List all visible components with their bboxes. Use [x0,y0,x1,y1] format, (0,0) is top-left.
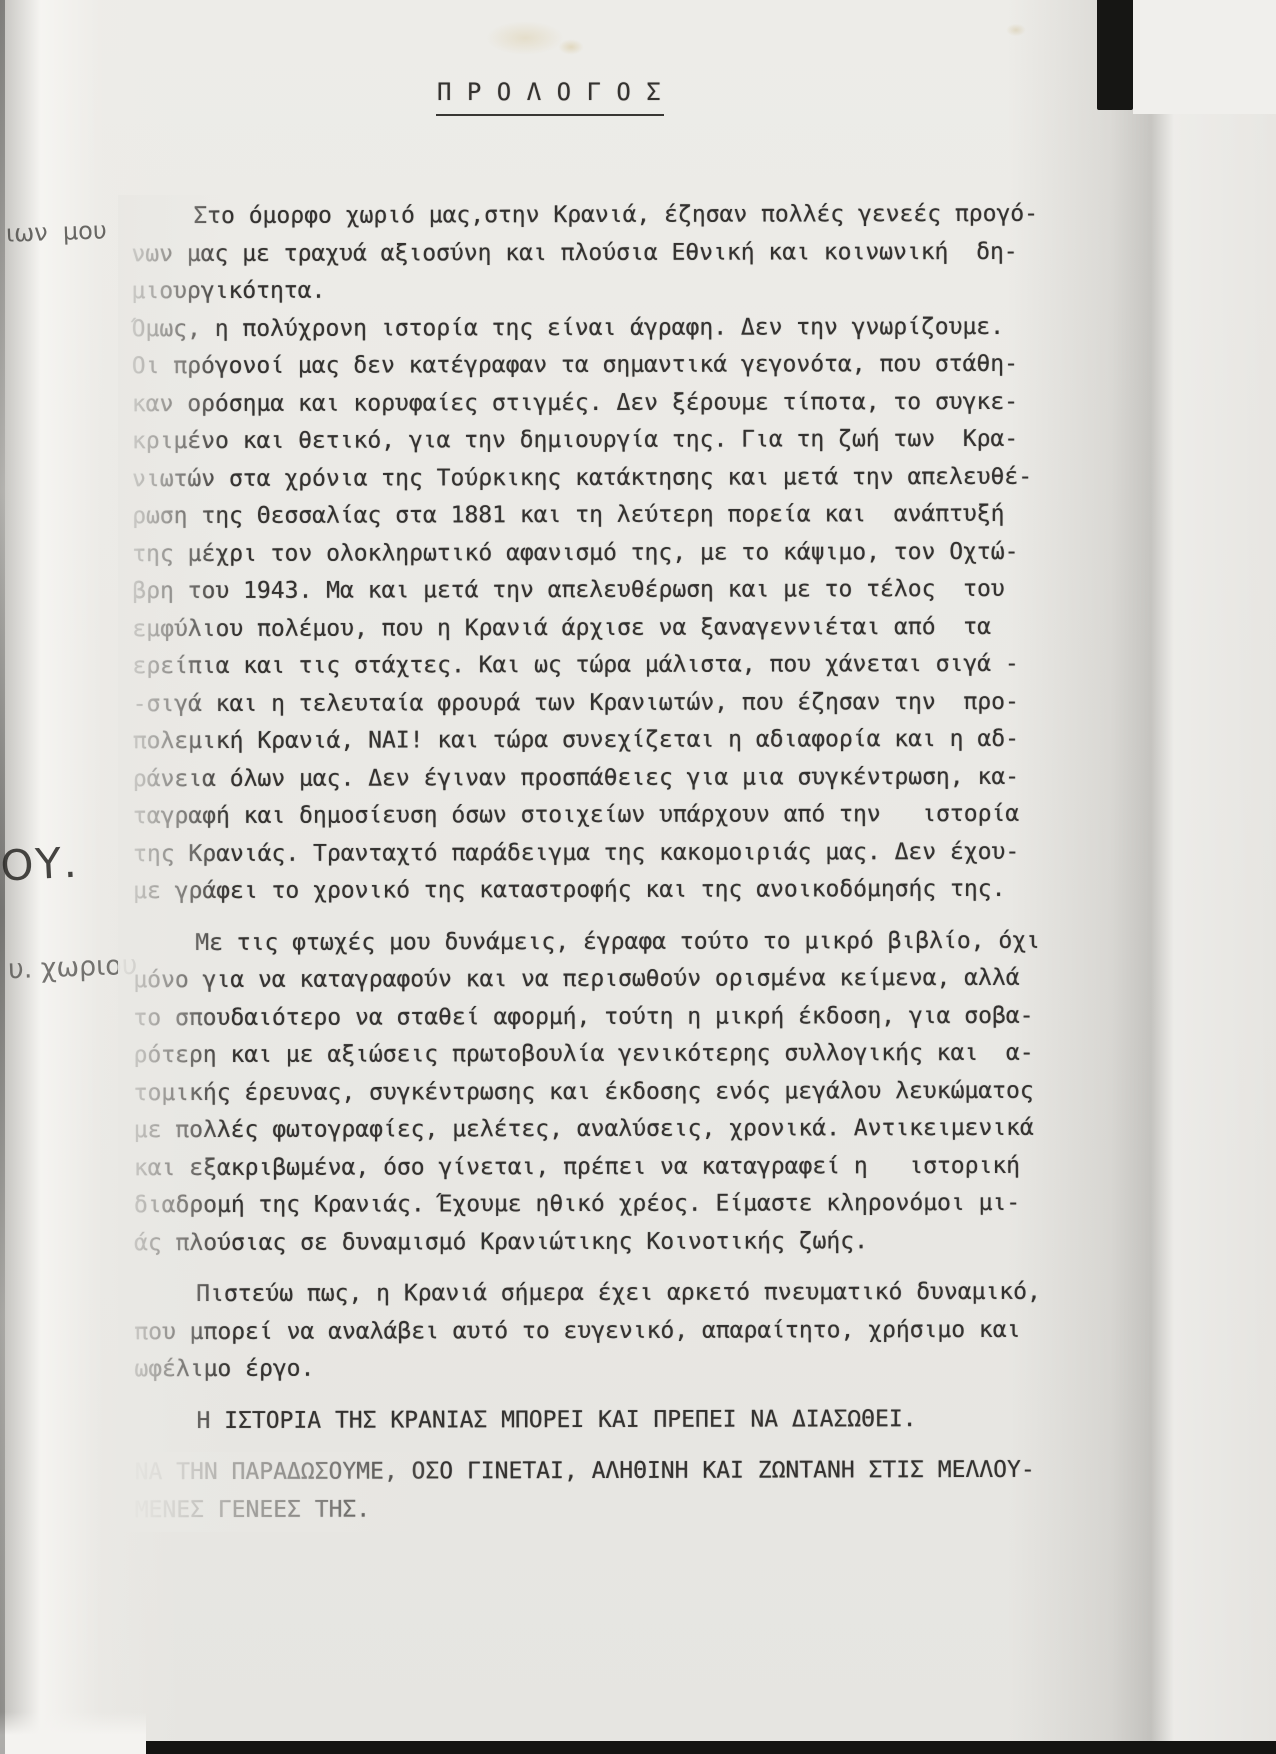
scan-edge-bar-top-right [1097,0,1133,110]
text-line: ταγραφή και δημοσίευση όσων στοιχείων υπ… [133,796,1048,836]
paragraph: Στο όμορφο χωριό μας,στην Κρανιά, έζησαν… [131,196,1048,911]
text-line: ερείπια και τις στάχτες. Και ως τώρα μάλ… [132,646,1047,686]
scanned-page: ιων μου ΙΟΥ. υ. χωριου Π Ρ Ο Λ Ο Γ Ο Σ Σ… [0,0,1276,1754]
text-line: ρότερη και με αξιώσεις πρωτοβουλία γενικ… [133,1035,1048,1075]
scan-corner-bottom-left [0,1712,146,1754]
text-line: διαδρομή της Κρανιάς. Έχουμε ηθικό χρέος… [134,1185,1049,1225]
text-line: καν ορόσημα και κορυφαίες στιγμές. Δεν ξ… [132,383,1047,423]
text-line: Στο όμορφο χωριό μας,στην Κρανιά, έζησαν… [131,196,1046,236]
text-line: μιουργικότητα. [131,271,1046,311]
paragraph: Πιστεύω πως, η Κρανιά σήμερα έχει αρκετό… [134,1274,1049,1389]
paragraph: Με τις φτωχές μου δυνάμεις, έγραφα τούτο… [133,922,1049,1262]
bleedthrough-text-top: ιων μου [6,216,108,247]
text-line: της μέχρι τον ολοκληρωτικό αφανισμό της,… [132,533,1047,573]
text-line: με πολλές φωτογραφίες, μελέτες, αναλύσει… [134,1110,1049,1150]
text-line: τομικής έρευνας, συγκέντρωσης και έκδοση… [134,1072,1049,1112]
text-line: που μπορεί να αναλάβει αυτό το ευγενικό,… [134,1311,1049,1351]
scan-edge-bar-bottom [146,1741,1276,1754]
text-line: μόνο για να καταγραφούν και να περισωθού… [133,960,1048,1000]
text-line: Όμως, η πολύχρονη ιστορία της είναι άγρα… [132,308,1047,348]
page-title: Π Ρ Ο Λ Ο Γ Ο Σ [436,78,664,116]
text-line: Οι πρόγονοί μας δεν κατέγραφαν τα σημαντ… [132,346,1047,386]
text-line: νων μας με τραχυά αξιοσύνη και πλούσια Ε… [131,233,1046,273]
paragraph: Η ΙΣΤΟΡΙΑ ΤΗΣ ΚΡΑΝΙΑΣ ΜΠΟΡΕΙ ΚΑΙ ΠΡΕΠΕΙ … [134,1400,1049,1440]
text-line: Πιστεύω πως, η Κρανιά σήμερα έχει αρκετό… [134,1274,1049,1314]
text-line: άς πλούσιας σε δυναμισμό Κρανιώτικης Κοι… [134,1222,1049,1262]
paragraph: ΝΑ ΤΗΝ ΠΑΡΑΔΩΣΟΥΜΕ, ΟΣΟ ΓΙΝΕΤΑΙ, ΑΛΗΘΙΝΗ… [135,1452,1050,1529]
text-line: βρη του 1943. Μα και μετά την απελευθέρω… [132,571,1047,611]
scan-edge-left [0,0,5,1754]
text-line: Με τις φτωχές μου δυνάμεις, έγραφα τούτο… [133,922,1048,962]
text-line: το σπουδαιότερο να σταθεί αφορμή, τούτη … [133,997,1048,1037]
text-line: ράνεια όλων μας. Δεν έγιναν προσπάθειες … [133,758,1048,798]
text-line: εμφύλιου πολέμου, που η Κρανιά άρχισε να… [132,608,1047,648]
text-line: νιωτών στα χρόνια της Τούρκικης κατάκτησ… [132,458,1047,498]
scan-edge-light-strip [1133,0,1276,114]
text-line: κριμένο και θετικό, για την δημιουργία τ… [132,421,1047,461]
text-line: της Κρανιάς. Τρανταχτό παράδειγμα της κα… [133,833,1048,873]
text-line: Η ΙΣΤΟΡΙΑ ΤΗΣ ΚΡΑΝΙΑΣ ΜΠΟΡΕΙ ΚΑΙ ΠΡΕΠΕΙ … [134,1400,1049,1440]
document-body: Στο όμορφο χωριό μας,στην Κρανιά, έζησαν… [131,196,1049,1529]
text-line: πολεμική Κρανιά, ΝΑΙ! και τώρα συνεχίζετ… [133,721,1048,761]
text-line: με γράφει το χρονικό της καταστροφής και… [133,871,1048,911]
text-line: -σιγά και η τελευταία φρουρά των Κρανιωτ… [133,683,1048,723]
text-line: ρωση της Θεσσαλίας στα 1881 και τη λεύτε… [132,496,1047,536]
text-line: ωφέλιμο έργο. [134,1349,1049,1389]
text-line: ΝΑ ΤΗΝ ΠΑΡΑΔΩΣΟΥΜΕ, ΟΣΟ ΓΙΝΕΤΑΙ, ΑΛΗΘΙΝΗ… [135,1452,1050,1492]
text-line: ΜΕΝΕΣ ΓΕΝΕΕΣ ΤΗΣ. [135,1489,1050,1529]
bleedthrough-text-middle: ΙΟΥ. [0,838,80,892]
text-line: και εξακριβωμένα, όσο γίνεται, πρέπει να… [134,1147,1049,1187]
bleedthrough-text-bottom: υ. χωριου [7,950,137,985]
